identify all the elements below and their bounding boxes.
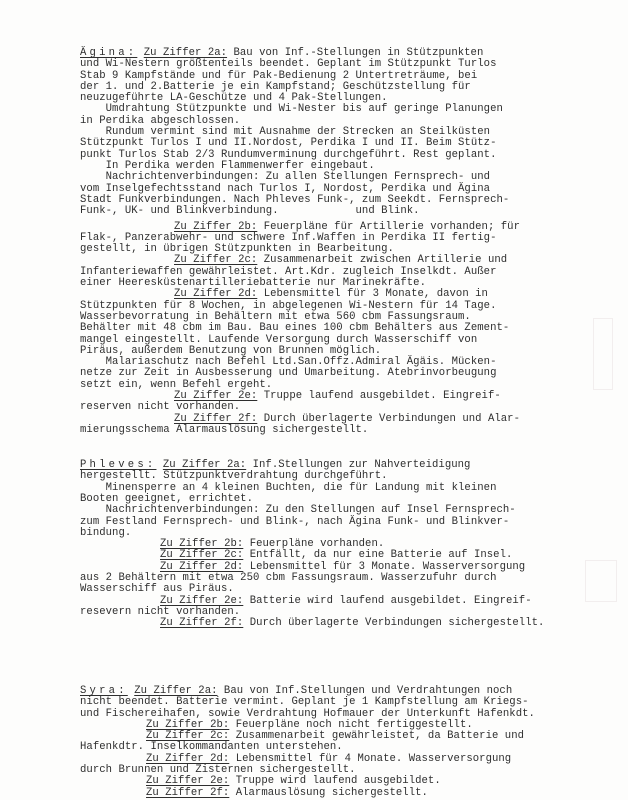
line-text: Entfällt, da nur eine Batterie auf Insel… xyxy=(243,549,512,561)
line-text: Zusammenarbeit zwischen Artillerie und xyxy=(257,254,507,266)
text-line: Wasserschiff aus Piräus. xyxy=(80,584,234,595)
item-label: Zu Ziffer 2d: xyxy=(174,288,257,300)
item-label: Zu Ziffer 2e: xyxy=(146,775,229,787)
text-line: Nachrichtenverbindungen: Zu allen Stellu… xyxy=(80,172,490,183)
item-label: Zu Ziffer 2f: xyxy=(146,787,229,799)
line-text: zum Festland Fernsprech- und Blink-, nac… xyxy=(80,516,509,528)
line-text: Wasserschiff aus Piräus. xyxy=(80,583,234,595)
line-text: Batterie wird laufend ausgebildet. Eingr… xyxy=(243,595,531,607)
text-line: Nachrichtenverbindungen: Zu den Stellung… xyxy=(80,505,516,516)
text-line: reserven nicht vorhanden. xyxy=(80,402,240,413)
line-text: Truppe wird laufend ausgebildet. xyxy=(229,775,440,787)
line-text: bindung. xyxy=(80,527,131,539)
line-text: Truppe laufend ausgebildet. Eingreif- xyxy=(257,390,500,402)
text-line: bindung. xyxy=(80,528,131,539)
line-text: netze zur Zeit in Ausbesserung und Umarb… xyxy=(80,367,496,379)
line-text: und Wi-Nestern größtenteils beendet. Gep… xyxy=(80,58,496,70)
text-line: Umdrahtung Stützpunkte und Wi-Nester bis… xyxy=(80,104,503,115)
item-label: Zu Ziffer 2c: xyxy=(174,254,257,266)
text-line: mierungsschema Alarmauslösung sichergest… xyxy=(80,425,368,436)
line-text: Lebensmittel für 3 Monate, davon in xyxy=(257,288,488,300)
document-page: Ägina: Zu Ziffer 2a: Bau von Inf.-Stellu… xyxy=(0,0,628,800)
text-line: zum Festland Fernsprech- und Blink-, nac… xyxy=(80,517,509,528)
line-text: nicht beendet. Batterie vermint. Geplant… xyxy=(80,696,529,708)
line-text: reserven nicht vorhanden. xyxy=(80,401,240,413)
line-text: Hafenkdtr. Inselkommandanten unterstehen… xyxy=(80,741,343,753)
line-text: Behälter mit 48 cbm im Bau. Bau eines 10… xyxy=(80,322,509,334)
text-line: Zu Ziffer 2f: Durch überlagerte Verbindu… xyxy=(160,618,544,629)
line-text: Alarmauslösung sichergestellt. xyxy=(229,787,428,799)
text-line: und Wi-Nestern größtenteils beendet. Gep… xyxy=(80,59,496,70)
line-text: Nachrichtenverbindungen: Zu allen Stellu… xyxy=(80,171,490,183)
line-text: Stützpunkt Turlos I und II.Nordost, Perd… xyxy=(80,137,496,149)
line-text: hergestellt. Stützpunktverdrahtung durch… xyxy=(80,470,388,482)
text-line: Zu Ziffer 2e: Truppe wird laufend ausgeb… xyxy=(146,776,441,787)
line-text: Funk-, UK- und Blinkverbindung. und Blin… xyxy=(80,205,420,217)
line-text: mierungsschema Alarmauslösung sichergest… xyxy=(80,424,368,436)
text-line: Funk-, UK- und Blinkverbindung. und Blin… xyxy=(80,206,420,217)
scan-artifact xyxy=(593,318,613,390)
text-line: Zu Ziffer 2d: Lebensmittel für 3 Monate,… xyxy=(174,289,488,300)
text-line: Zu Ziffer 2c: Entfällt, da nur eine Batt… xyxy=(160,550,512,561)
text-line: Zu Ziffer 2c: Zusammenarbeit zwischen Ar… xyxy=(174,255,507,266)
text-line: Zu Ziffer 2f: Alarmauslösung sichergeste… xyxy=(146,788,428,799)
item-label: Zu Ziffer 2f: xyxy=(160,617,243,629)
line-text: Durch überlagerte Verbindungen sicherges… xyxy=(243,617,544,629)
text-line: Stützpunkt Turlos I und II.Nordost, Perd… xyxy=(80,138,496,149)
text-line: nicht beendet. Batterie vermint. Geplant… xyxy=(80,697,529,708)
text-line: netze zur Zeit in Ausbesserung und Umarb… xyxy=(80,368,496,379)
item-label: Zu Ziffer 2c: xyxy=(160,549,243,561)
text-line: Behälter mit 48 cbm im Bau. Bau eines 10… xyxy=(80,323,509,334)
line-text: Umdrahtung Stützpunkte und Wi-Nester bis… xyxy=(80,103,503,115)
scan-artifact xyxy=(585,560,617,602)
text-line: hergestellt. Stützpunktverdrahtung durch… xyxy=(80,471,388,482)
line-text: Nachrichtenverbindungen: Zu den Stellung… xyxy=(80,504,516,516)
text-line: Hafenkdtr. Inselkommandanten unterstehen… xyxy=(80,742,343,753)
